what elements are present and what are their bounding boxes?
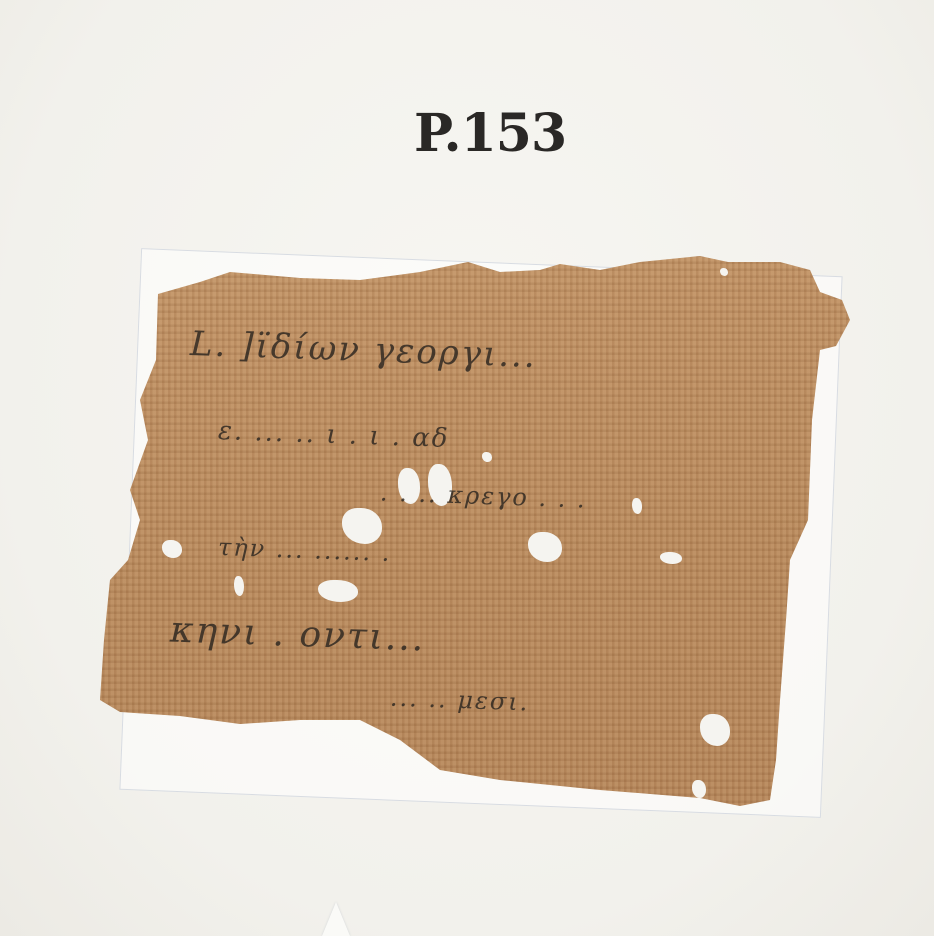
lacuna <box>720 268 728 276</box>
papyrus-fragment: L. ]ϊδίων γεοργι... ε. ... .. ι . ι . αδ… <box>0 0 934 936</box>
lacuna <box>632 498 642 514</box>
lacuna <box>234 576 244 596</box>
photo-corner-mark <box>322 902 350 936</box>
lacuna <box>482 452 492 462</box>
lacuna <box>162 540 182 558</box>
ink-line-6: ... .. μεσι. <box>390 684 530 717</box>
papyrus-surface <box>0 0 934 936</box>
lacuna <box>660 552 682 564</box>
lacuna <box>692 780 706 798</box>
ink-line-4: τὴν ... ...... . <box>218 533 392 567</box>
